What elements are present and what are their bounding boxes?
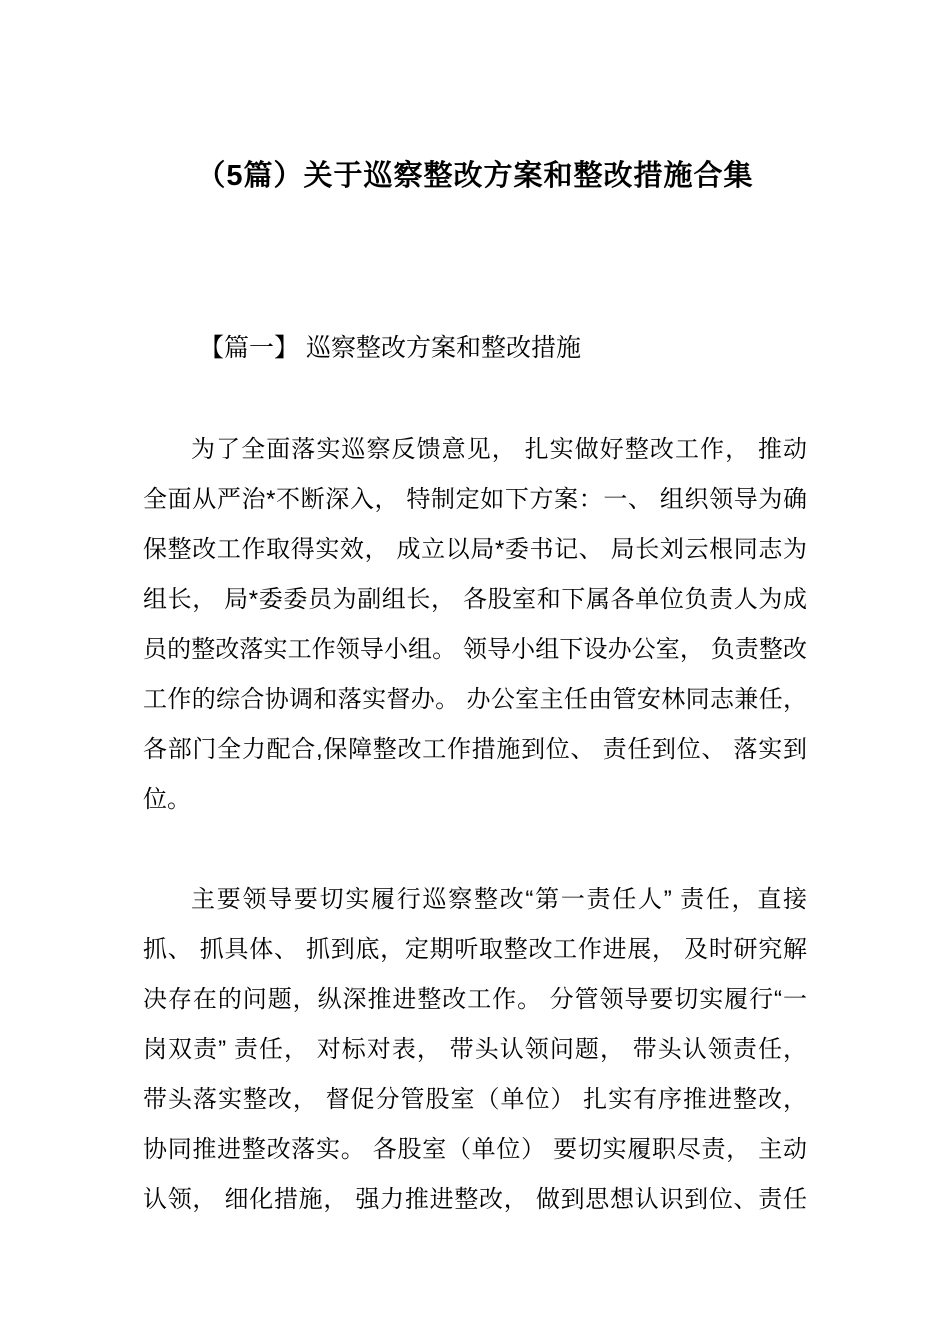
body-line: 员的整改落实工作领导小组。 领导小组下设办公室， 负责整改	[143, 625, 807, 675]
body-line: 决存在的问题，纵深推进整改工作。 分管领导要切实履行“一	[143, 975, 807, 1025]
body-line: 带头落实整改， 督促分管股室（单位） 扎实有序推进整改，	[143, 1075, 807, 1125]
body-line: 各部门全力配合,保障整改工作措施到位、 责任到位、 落实到	[143, 725, 807, 775]
body-line: 抓、 抓具体、 抓到底，定期听取整改工作进展， 及时研究解	[143, 925, 807, 975]
body-line: 全面从严治*不断深入， 特制定如下方案：一、 组织领导为确	[143, 475, 807, 525]
section-heading: 【篇一】 巡察整改方案和整改措施	[143, 320, 843, 376]
paragraph-2: 主要领导要切实履行巡察整改“第一责任人” 责任，直接 抓、 抓具体、 抓到底，定…	[143, 875, 807, 1225]
body-line: 认领， 细化措施， 强力推进整改， 做到思想认识到位、责任	[143, 1175, 807, 1225]
document-page: （5篇）关于巡察整改方案和整改措施合集 【篇一】 巡察整改方案和整改措施 为了全…	[0, 0, 950, 1344]
body-line: 主要领导要切实履行巡察整改“第一责任人” 责任，直接	[143, 875, 807, 925]
body-line: 组长， 局*委委员为副组长， 各股室和下属各单位负责人为成	[143, 575, 807, 625]
body-line: 位。	[143, 775, 807, 825]
body-line: 为了全面落实巡察反馈意见， 扎实做好整改工作， 推动	[143, 425, 807, 475]
body-line: 协同推进整改落实。 各股室（单位） 要切实履职尽责， 主动	[143, 1125, 807, 1175]
body-line: 工作的综合协调和落实督办。 办公室主任由管安林同志兼任，	[143, 675, 807, 725]
document-title: （5篇）关于巡察整改方案和整改措施合集	[0, 148, 950, 204]
body-line: 岗双责” 责任， 对标对表， 带头认领问题， 带头认领责任，	[143, 1025, 807, 1075]
paragraph-1: 为了全面落实巡察反馈意见， 扎实做好整改工作， 推动 全面从严治*不断深入， 特…	[143, 425, 807, 825]
body-line: 保整改工作取得实效， 成立以局*委书记、 局长刘云根同志为	[143, 525, 807, 575]
